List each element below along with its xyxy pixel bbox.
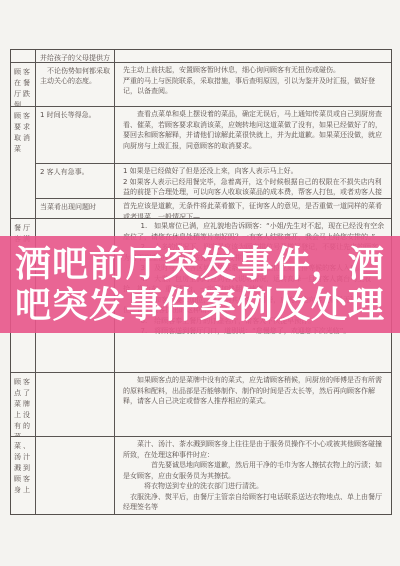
handling-paragraph: 查看点菜单和桌上摆设着的菜品，确定无误后，马上通知传菜员或自己到厨房查看、催菜，… — [123, 109, 385, 151]
condition-text: 并给孩子的父母提供方便 — [40, 53, 110, 62]
handling-paragraph: 衣服洗净、熨平后，由餐厅主管亲自给顾客打电话联系送达衣物地点、单上由餐厅经理签名… — [123, 492, 385, 513]
table-row-not-on-menu: 顾客点了菜牌上没有的菜 如果顾客点的是菜牌中没有的菜式，应先请顾客稍候，问厨房的… — [11, 373, 391, 437]
handling-paragraph: 严重的马上与医院联系，采取措施，事后查明原因，引以为鉴并及时汇报，做好登记，以备… — [123, 76, 385, 97]
row-label-cell: 顾客在餐厅跌倒 — [11, 63, 36, 106]
table-subrow-case3: 当菜肴出现问题时 首先应该是道歉，无条件将此菜肴撤下，征询客人的意见，是否重做一… — [36, 199, 391, 218]
table-row-spill: 菜、汤汁溅到顾客身上 菜汁、汤汁、茶水溅到顾客身上往往是由于服务员操作不小心或被… — [11, 437, 391, 514]
handling-cell — [115, 50, 391, 62]
row-label: 顾客要求取消菜 — [14, 112, 32, 153]
overlay-title-line2: 吧突发事件案例及处理 — [15, 285, 385, 326]
table-subrow-case1: 1 时间长等得急。 查看点菜单和桌上摆设着的菜品，确定无误后，马上通知传菜员或自… — [36, 107, 391, 164]
row-label: 顾客在餐厅跌倒 — [14, 68, 32, 106]
handling-cell: 先主动上前扶起，安置顾客暂时休息，细心询问顾客有无扭伤或碰伤。 严重的马上与医院… — [115, 63, 391, 106]
title-overlay: 酒吧前厅突发事件，酒 吧突发事件案例及处理 — [0, 236, 400, 333]
handling-cell: 首先应该是道歉，无条件将此菜肴撤下，征询客人的意见，是否重做一道同样的菜肴或者退… — [115, 199, 391, 218]
handling-paragraph: 首先应该是道歉，无条件将此菜肴撤下，征询客人的意见，是否重做一道同样的菜肴或者退… — [123, 201, 385, 218]
condition-cell: 1 时间长等得急。 — [36, 107, 115, 163]
handling-paragraph: 如果顾客点的是菜牌中没有的菜式，应先请顾客稍候，问厨房的师傅是否有所需的原料和配… — [123, 375, 385, 407]
condition-cell: 2 客人有急事。 — [36, 164, 115, 198]
row-label: 菜、汤汁溅到顾客身上 — [14, 442, 32, 494]
handling-paragraph: 1 如果是已经做好了但是还没上来，向客人表示马上好。 — [123, 166, 385, 177]
document-page: 并给孩子的父母提供方便 顾客在餐厅跌倒 不论伤势如何都采取主动关心的态度。 先主… — [0, 0, 400, 566]
condition-text: 1 时间长等得急。 — [40, 110, 110, 120]
condition-cell: 不论伤势如何都采取主动关心的态度。 — [36, 63, 115, 106]
cancel-subrows: 1 时间长等得急。 查看点菜单和桌上摆设着的菜品，确定无误后，马上通知传菜员或自… — [36, 107, 391, 218]
table-row-continuation: 并给孩子的父母提供方便 — [11, 50, 391, 63]
handling-paragraph: 先主动上前扶起，安置顾客暂时休息，细心询问顾客有无扭伤或碰伤。 — [123, 65, 385, 76]
handling-paragraph: 2 如果客人表示已经用餐完毕，急着离开，这个时候根据自己的权限在不损失店内利益的… — [123, 177, 385, 198]
condition-text: 2 客人有急事。 — [40, 167, 110, 177]
row-label-cell — [11, 50, 36, 62]
handling-cell: 查看点菜单和桌上摆设着的菜品，确定无误后，马上通知传菜员或自己到厨房查看、催菜，… — [115, 107, 391, 163]
row-label-cell: 顾客点了菜牌上没有的菜 — [11, 373, 36, 436]
condition-cell: 并给孩子的父母提供方便 — [36, 50, 115, 62]
condition-cell — [36, 437, 115, 514]
condition-text: 当菜肴出现问题时 — [40, 202, 110, 212]
condition-text: 不论伤势如何都采取主动关心的态度。 — [40, 66, 110, 86]
table-row-fall: 顾客在餐厅跌倒 不论伤势如何都采取主动关心的态度。 先主动上前扶起，安置顾客暂时… — [11, 63, 391, 107]
condition-cell: 当菜肴出现问题时 — [36, 199, 115, 218]
overlay-title-line1: 酒吧前厅突发事件，酒 — [15, 244, 385, 285]
condition-cell — [36, 373, 115, 436]
handling-paragraph: 将衣物送到专业的洗衣部门进行清洗。 — [123, 481, 385, 492]
handling-cell: 1 如果是已经做好了但是还没上来，向客人表示马上好。 2 如果客人表示已经用餐完… — [115, 164, 391, 198]
row-label-cell: 顾客要求取消菜 — [11, 107, 36, 218]
table-subrow-case2: 2 客人有急事。 1 如果是已经做好了但是还没上来，向客人表示马上好。 2 如果… — [36, 164, 391, 199]
handling-paragraph: 首先要诚恳地向顾客道歉，然后用干净的毛巾为客人擦拭衣物上的污渍；如是女顾客，应由… — [123, 460, 385, 481]
row-label: 顾客点了菜牌上没有的菜 — [14, 378, 32, 436]
handling-cell: 菜汁、汤汁、茶水溅到顾客身上往往是由于服务员操作不小心或被其他顾客碰撞所致，在处… — [115, 437, 391, 514]
row-label-cell: 菜、汤汁溅到顾客身上 — [11, 437, 36, 514]
handling-paragraph: 菜汁、汤汁、茶水溅到顾客身上往往是由于服务员操作不小心或被其他顾客碰撞所致，在处… — [123, 439, 385, 460]
table-row-cancel-dish: 顾客要求取消菜 1 时间长等得急。 查看点菜单和桌上摆设着的菜品，确定无误后，马… — [11, 107, 391, 219]
handling-cell: 如果顾客点的是菜牌中没有的菜式，应先请顾客稍候，问厨房的师傅是否有所需的原料和配… — [115, 373, 391, 436]
